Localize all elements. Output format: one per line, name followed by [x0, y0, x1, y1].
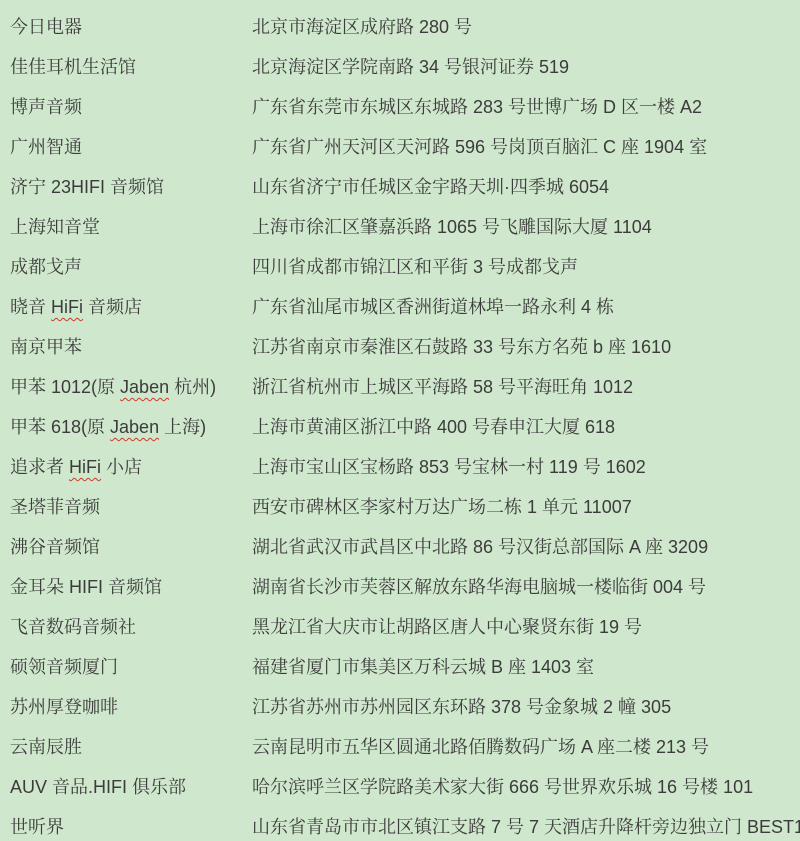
store-name-text: 硕领音频厦门 [10, 657, 118, 677]
store-address: 北京海淀区学院南路 34 号银河证券 519 [252, 58, 800, 76]
store-name-text: 晓音 [10, 297, 51, 317]
table-row: 南京甲苯 江苏省南京市秦淮区石鼓路 33 号东方名苑 b 座 1610 [0, 327, 800, 367]
store-address: 上海市黄浦区浙江中路 400 号春申江大厦 618 [252, 418, 800, 436]
store-name-text: 世听界 [10, 817, 64, 837]
table-row: 硕领音频厦门 福建省厦门市集美区万科云城 B 座 1403 室 [0, 647, 800, 687]
store-name-text: 甲苯 1012(原 [10, 377, 120, 397]
table-row: 广州智通 广东省广州天河区天河路 596 号岗顶百脑汇 C 座 1904 室 [0, 127, 800, 167]
store-address: 黑龙江省大庆市让胡路区唐人中心聚贤东街 19 号 [252, 618, 800, 636]
store-address: 山东省济宁市任城区金宇路天圳·四季城 6054 [252, 178, 800, 196]
table-row: 金耳朵 HIFI 音频馆 湖南省长沙市芙蓉区解放东路华海电脑城一楼临街 004 … [0, 567, 800, 607]
store-name-text: 广州智通 [10, 137, 82, 157]
store-address: 福建省厦门市集美区万科云城 B 座 1403 室 [252, 658, 800, 676]
store-name-text: 甲苯 618(原 [10, 417, 110, 437]
store-address: 哈尔滨呼兰区学院路美术家大街 666 号世界欢乐城 16 号楼 101 [252, 778, 800, 796]
store-name-text: 金耳朵 HIFI 音频馆 [10, 577, 162, 597]
table-row: 云南辰胜 云南昆明市五华区圆通北路佰腾数码广场 A 座二楼 213 号 [0, 727, 800, 767]
store-address: 江苏省南京市秦淮区石鼓路 33 号东方名苑 b 座 1610 [252, 338, 800, 356]
table-row: 博声音频 广东省东莞市东城区东城路 283 号世博广场 D 区一楼 A2 [0, 87, 800, 127]
table-row: 上海知音堂 上海市徐汇区肇嘉浜路 1065 号飞雕国际大厦 1104 [0, 207, 800, 247]
table-row: 飞音数码音频社 黑龙江省大庆市让胡路区唐人中心聚贤东街 19 号 [0, 607, 800, 647]
store-name: AUV 音品.HIFI 俱乐部 [0, 778, 252, 796]
store-address: 广东省东莞市东城区东城路 283 号世博广场 D 区一楼 A2 [252, 98, 800, 116]
store-name-text: 音频店 [83, 297, 142, 317]
store-address: 上海市宝山区宝杨路 853 号宝林一村 119 号 1602 [252, 458, 800, 476]
store-name: 上海知音堂 [0, 218, 252, 236]
store-name-text: 圣塔菲音频 [10, 497, 100, 517]
store-address: 广东省广州天河区天河路 596 号岗顶百脑汇 C 座 1904 室 [252, 138, 800, 156]
store-name: 苏州厚登咖啡 [0, 698, 252, 716]
store-name-text: 沸谷音频馆 [10, 537, 100, 557]
store-name: 佳佳耳机生活馆 [0, 58, 252, 76]
table-row: AUV 音品.HIFI 俱乐部 哈尔滨呼兰区学院路美术家大街 666 号世界欢乐… [0, 767, 800, 807]
table-row: 晓音 HiFi 音频店 广东省汕尾市城区香洲街道林埠一路永利 4 栋 [0, 287, 800, 327]
store-name: 晓音 HiFi 音频店 [0, 298, 252, 316]
store-address: 四川省成都市锦江区和平街 3 号成都戈声 [252, 258, 800, 276]
table-row: 济宁 23HIFI 音频馆 山东省济宁市任城区金宇路天圳·四季城 6054 [0, 167, 800, 207]
store-name-text: 上海知音堂 [10, 217, 100, 237]
store-address: 浙江省杭州市上城区平海路 58 号平海旺角 1012 [252, 378, 800, 396]
store-address: 上海市徐汇区肇嘉浜路 1065 号飞雕国际大厦 1104 [252, 218, 800, 236]
store-name: 成都戈声 [0, 258, 252, 276]
store-name: 广州智通 [0, 138, 252, 156]
store-name: 南京甲苯 [0, 338, 252, 356]
table-row: 圣塔菲音频 西安市碑林区李家村万达广场二栋 1 单元 11007 [0, 487, 800, 527]
store-address: 湖南省长沙市芙蓉区解放东路华海电脑城一楼临街 004 号 [252, 578, 800, 596]
store-name: 世听界 [0, 818, 252, 836]
table-row: 世听界 山东省青岛市市北区镇江支路 7 号 7 天酒店升降杆旁边独立门 BEST… [0, 807, 800, 841]
store-name-text: 今日电器 [10, 17, 82, 37]
store-name: 金耳朵 HIFI 音频馆 [0, 578, 252, 596]
table-row: 沸谷音频馆 湖北省武汉市武昌区中北路 86 号汉街总部国际 A 座 3209 [0, 527, 800, 567]
store-name-text: 成都戈声 [10, 257, 82, 277]
store-name-text: 济宁 23HIFI 音频馆 [10, 177, 164, 197]
store-name: 甲苯 1012(原 Jaben 杭州) [0, 378, 252, 396]
store-address: 西安市碑林区李家村万达广场二栋 1 单元 11007 [252, 498, 800, 516]
store-name: 追求者 HiFi 小店 [0, 458, 252, 476]
store-name-text: AUV 音品.HIFI 俱乐部 [10, 777, 186, 797]
store-name: 硕领音频厦门 [0, 658, 252, 676]
store-address: 广东省汕尾市城区香洲街道林埠一路永利 4 栋 [252, 298, 800, 316]
store-name-text: 小店 [101, 457, 142, 477]
store-name: 圣塔菲音频 [0, 498, 252, 516]
store-name-text: 飞音数码音频社 [10, 617, 136, 637]
store-name: 甲苯 618(原 Jaben 上海) [0, 418, 252, 436]
store-name-text: 杭州) [169, 377, 216, 397]
store-address: 湖北省武汉市武昌区中北路 86 号汉街总部国际 A 座 3209 [252, 538, 800, 556]
misspelled-word: Jaben [120, 377, 169, 397]
misspelled-word: HiFi [51, 297, 83, 317]
store-name-text: 云南辰胜 [10, 737, 82, 757]
table-row: 今日电器 北京市海淀区成府路 280 号 [0, 7, 800, 47]
store-name: 飞音数码音频社 [0, 618, 252, 636]
table-row: 佳佳耳机生活馆 北京海淀区学院南路 34 号银河证券 519 [0, 47, 800, 87]
store-address: 山东省青岛市市北区镇江支路 7 号 7 天酒店升降杆旁边独立门 BEST1 [252, 818, 800, 836]
table-row: 甲苯 618(原 Jaben 上海) 上海市黄浦区浙江中路 400 号春申江大厦… [0, 407, 800, 447]
store-name: 云南辰胜 [0, 738, 252, 756]
store-name-text: 上海) [159, 417, 206, 437]
misspelled-word: HiFi [69, 457, 101, 477]
store-name: 济宁 23HIFI 音频馆 [0, 178, 252, 196]
store-name: 博声音频 [0, 98, 252, 116]
table-row: 追求者 HiFi 小店 上海市宝山区宝杨路 853 号宝林一村 119 号 16… [0, 447, 800, 487]
store-address: 云南昆明市五华区圆通北路佰腾数码广场 A 座二楼 213 号 [252, 738, 800, 756]
store-address: 北京市海淀区成府路 280 号 [252, 18, 800, 36]
store-name-text: 博声音频 [10, 97, 82, 117]
store-name-text: 追求者 [10, 457, 69, 477]
store-name: 今日电器 [0, 18, 252, 36]
store-directory: 今日电器 北京市海淀区成府路 280 号 佳佳耳机生活馆 北京海淀区学院南路 3… [0, 0, 800, 841]
table-row: 苏州厚登咖啡 江苏省苏州市苏州园区东环路 378 号金象城 2 幢 305 [0, 687, 800, 727]
store-name-text: 南京甲苯 [10, 337, 82, 357]
store-name-text: 佳佳耳机生活馆 [10, 57, 136, 77]
store-address: 江苏省苏州市苏州园区东环路 378 号金象城 2 幢 305 [252, 698, 800, 716]
table-row: 成都戈声 四川省成都市锦江区和平街 3 号成都戈声 [0, 247, 800, 287]
store-name-text: 苏州厚登咖啡 [10, 697, 118, 717]
table-row: 甲苯 1012(原 Jaben 杭州) 浙江省杭州市上城区平海路 58 号平海旺… [0, 367, 800, 407]
misspelled-word: Jaben [110, 417, 159, 437]
store-name: 沸谷音频馆 [0, 538, 252, 556]
